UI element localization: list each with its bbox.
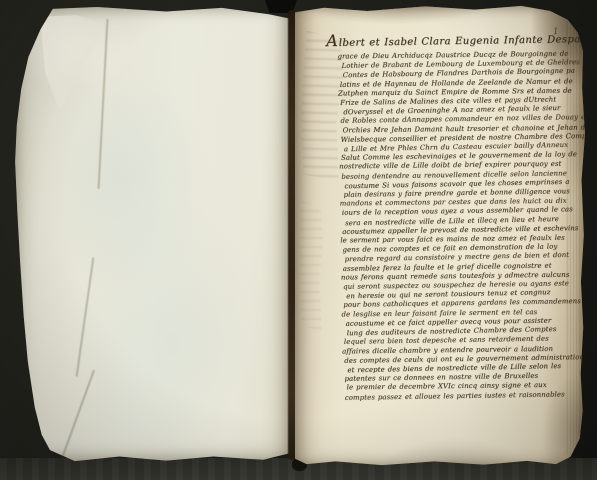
book-gutter: [288, 10, 296, 460]
paper-crease: [59, 370, 95, 464]
manuscript-text-block: Albert et Isabel Clara Eugenia Infante D…: [333, 29, 585, 411]
page-corner-curl: [40, 15, 106, 111]
right-page-manuscript: 1 Albert et Isabel Clara Eugenia Infante…: [295, 5, 585, 466]
paper-crease: [76, 257, 94, 376]
ink-bleedthrough: [299, 201, 323, 331]
paper-crease: [98, 19, 108, 189]
manuscript-photo: 1 Albert et Isabel Clara Eugenia Infante…: [0, 0, 597, 480]
left-page-blank: [14, 7, 291, 462]
manuscript-opening-line: Albert et Isabel Clara Eugenia Infante D…: [326, 29, 579, 51]
